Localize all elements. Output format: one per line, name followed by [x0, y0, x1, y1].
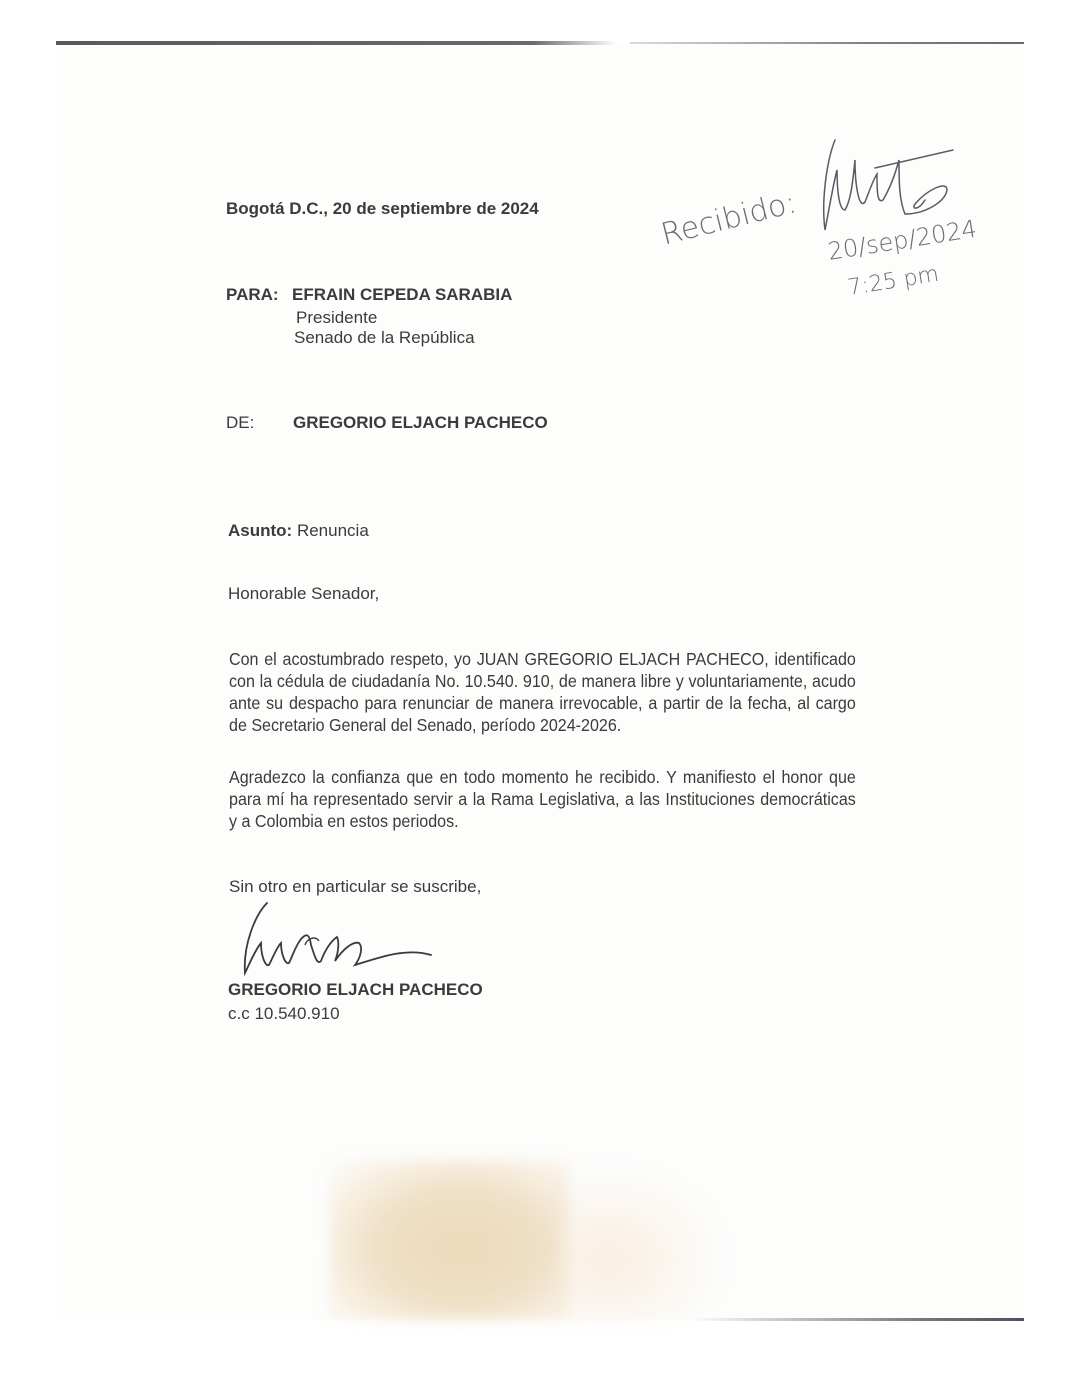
closing-line: Sin otro en particular se suscribe, — [229, 877, 481, 897]
paper-stain — [330, 1160, 570, 1320]
body-paragraph-2: Agradezco la confianza que en todo momen… — [229, 766, 856, 832]
recipient-title: Presidente — [296, 308, 377, 328]
to-label: PARA: — [226, 285, 279, 305]
body-paragraph-1: Con el acostumbrado respeto, yo JUAN GRE… — [229, 648, 856, 736]
signer-name: GREGORIO ELJACH PACHECO — [228, 980, 483, 1000]
recipient-name: EFRAIN CEPEDA SARABIA — [292, 285, 512, 305]
subject-label: Asunto: — [228, 521, 292, 540]
subject-line: Asunto: Renuncia — [228, 521, 369, 541]
bottom-border-line — [690, 1318, 1024, 1321]
recipient-organization: Senado de la República — [294, 328, 475, 348]
top-border-line-right — [630, 42, 1024, 44]
place-date: Bogotá D.C., 20 de septiembre de 2024 — [226, 199, 539, 219]
subject-value: Renuncia — [297, 521, 369, 540]
from-label: DE: — [226, 413, 254, 433]
top-border-line — [56, 41, 616, 45]
signer-id: c.c 10.540.910 — [228, 1004, 340, 1024]
signer-signature — [235, 895, 445, 985]
paper-stain-faint — [560, 1170, 720, 1320]
salutation: Honorable Senador, — [228, 584, 379, 604]
sender-name: GREGORIO ELJACH PACHECO — [293, 413, 548, 433]
